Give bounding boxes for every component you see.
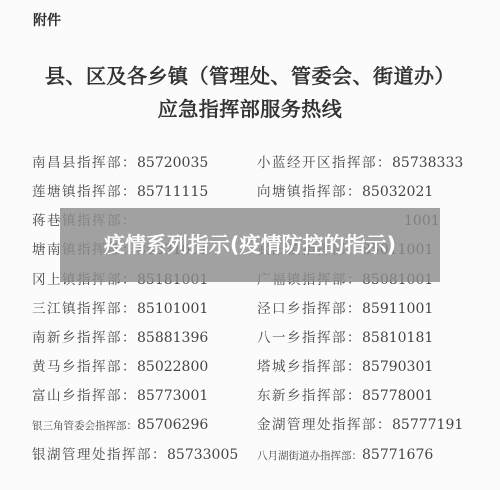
phone-number: 85101001: [137, 301, 208, 317]
hotline-entry: 金湖管理处指挥部：85777191: [257, 416, 463, 434]
hotline-entry: 莲塘镇指挥部：85711115: [32, 183, 208, 201]
phone-number: 85032021: [362, 184, 433, 200]
hotline-entry: 银湖管理处指挥部：85733005: [32, 446, 238, 464]
phone-number: 85738333: [392, 155, 463, 171]
hotline-entry: 八一乡指挥部：85810181: [257, 329, 433, 347]
hotline-entry: 南新乡指挥部：85881396: [32, 329, 208, 347]
caption-text: 疫情系列指示(疫情防控的指示): [80, 231, 420, 259]
hotline-entry: 八月湖街道办指挥部：85771676: [257, 446, 433, 465]
phone-number: 85777191: [392, 417, 463, 433]
phone-number: 85771676: [362, 447, 433, 463]
phone-number: 85911001: [362, 301, 433, 317]
phone-number: 85881396: [137, 330, 208, 346]
hotline-entry: 塔城乡指挥部：85790301: [257, 358, 433, 376]
hotline-entry: 东新乡指挥部：85778001: [257, 387, 433, 405]
phone-number: 85706296: [137, 417, 208, 433]
hotline-entry: 南昌县指挥部：85720035: [32, 154, 208, 172]
phone-number: 85022800: [137, 359, 208, 375]
hotline-entry: 小蓝经开区指挥部：85738333: [257, 154, 463, 172]
hotline-entry: 三江镇指挥部：85101001: [32, 300, 208, 318]
caption-overlay: 疫情系列指示(疫情防控的指示): [60, 208, 440, 282]
hotline-entry: 向塘镇指挥部：85032021: [257, 183, 433, 201]
hotline-entry: 富山乡指挥部：85773001: [32, 387, 208, 405]
phone-number: 85810181: [362, 330, 433, 346]
phone-number: 85733005: [167, 447, 238, 463]
phone-number: 85790301: [362, 359, 433, 375]
phone-number: 85773001: [137, 388, 208, 404]
phone-number: 85720035: [137, 155, 208, 171]
phone-number: 85711115: [137, 184, 208, 200]
hotline-entry: 银三角管委会指挥部：85706296: [32, 416, 208, 435]
phone-number: 85778001: [362, 388, 433, 404]
hotline-entry: 黄马乡指挥部：85022800: [32, 358, 208, 376]
hotline-entry: 泾口乡指挥部：85911001: [257, 300, 433, 318]
